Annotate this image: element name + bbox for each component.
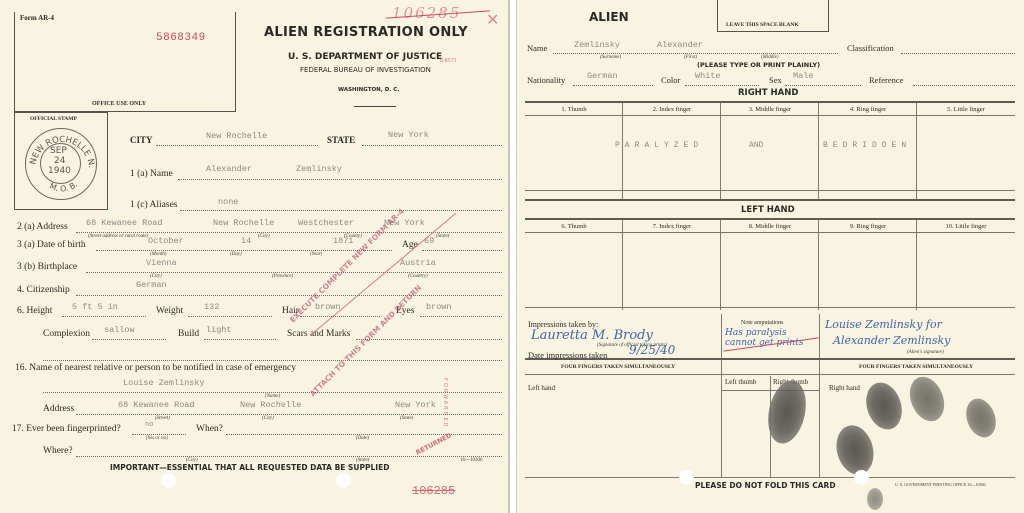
form-id: Form AR-4 bbox=[20, 14, 54, 22]
sex-label: Sex bbox=[769, 75, 782, 85]
citizenship-value: German bbox=[136, 280, 167, 290]
note-bedridden: BEDRIDDEN bbox=[823, 141, 911, 150]
dob-day-value: 14 bbox=[241, 236, 251, 246]
birth-city-hint: (City) bbox=[150, 274, 162, 279]
back-title: ALIEN bbox=[589, 10, 629, 24]
state-value: New York bbox=[388, 130, 429, 140]
sex-line bbox=[785, 85, 861, 86]
address-line bbox=[76, 232, 502, 233]
right-little-cell: 5. Little finger bbox=[917, 103, 1015, 199]
weight-line bbox=[188, 316, 272, 317]
office-use-box bbox=[14, 12, 236, 112]
relative-label: 16. Name of nearest relative or person t… bbox=[15, 363, 296, 373]
binder-hole-right bbox=[336, 473, 351, 488]
relative-address-label: Address bbox=[43, 404, 74, 414]
rel-city-hint: (City) bbox=[262, 416, 274, 421]
birth-country-value: Austria bbox=[400, 258, 436, 268]
relative-address-line bbox=[76, 414, 502, 415]
bureau: FEDERAL BUREAU OF INVESTIGATION bbox=[300, 66, 431, 74]
first-hint: (First) bbox=[684, 55, 697, 60]
month-hint: (Month) bbox=[150, 252, 166, 257]
svg-text:M. O. B.: M. O. B. bbox=[48, 180, 79, 194]
nationality-label: Nationality bbox=[527, 75, 565, 85]
leave-blank-label: LEAVE THIS SPACE BLANK bbox=[726, 22, 799, 28]
left-ring-cell: 9. Ring finger bbox=[819, 220, 917, 310]
printer-imprint: U. S. GOVERNMENT PRINTING OFFICE 16—1030… bbox=[895, 482, 986, 487]
color-label: Color bbox=[661, 75, 680, 85]
street-value: 68 Kewanee Road bbox=[86, 218, 163, 228]
birth-city-value: Vienna bbox=[146, 258, 177, 268]
title-rule bbox=[354, 106, 396, 107]
weight-value: 132 bbox=[204, 302, 219, 312]
street-hint: (Street address or rural route) bbox=[88, 234, 148, 239]
left-hand-grid: 6. Thumb 7. Index finger 8. Middle finge… bbox=[525, 218, 1015, 310]
reference-label: Reference bbox=[869, 75, 903, 85]
fingerprint-card-back: ALIEN LEAVE THIS SPACE BLANK Name Zemlin… bbox=[516, 0, 1024, 513]
dob-line bbox=[96, 250, 392, 251]
when-label: When? bbox=[196, 424, 223, 434]
right-index-label: 2. Index finger bbox=[623, 106, 721, 113]
left-little-cell: 10. Little finger bbox=[917, 220, 1015, 310]
nationality-line bbox=[573, 85, 653, 86]
right-hand-grid: 1. Thumb 2. Index finger 3. Middle finge… bbox=[525, 101, 1015, 201]
build-label: Build bbox=[178, 329, 199, 339]
back-name-label: Name bbox=[527, 43, 547, 53]
where-line bbox=[76, 456, 502, 457]
registration-form-front: Form AR-4 5868349 OFFICE USE ONLY ALIEN … bbox=[0, 0, 510, 513]
right-middle-cell: 3. Middle finger bbox=[721, 103, 819, 199]
left-thumb-label: Left thumb bbox=[725, 378, 756, 386]
city-label: CITY bbox=[130, 135, 153, 145]
height-label: 6. Height bbox=[17, 306, 52, 316]
postmark-stamp: NEW ROCHELLE N.Y. M. O. B. SEP 24 1940 bbox=[25, 128, 97, 200]
binder-hole-left bbox=[161, 473, 176, 488]
county-value: Westchester bbox=[298, 218, 354, 228]
relative-city-value: New Rochelle bbox=[240, 400, 301, 410]
fingerprinted-label: 17. Ever been fingerprinted? bbox=[12, 424, 121, 434]
eyes-line bbox=[420, 316, 502, 317]
scars-line bbox=[356, 339, 502, 340]
left-thumb-label: 6. Thumb bbox=[525, 223, 623, 230]
crossed-bottom-number: 106285 bbox=[412, 484, 455, 498]
name-label: 1 (a) Name bbox=[130, 169, 173, 179]
forwarded-vertical-stamp: FORWARDED bbox=[442, 378, 448, 429]
left-hand-title: LEFT HAND bbox=[741, 205, 795, 215]
scars-line-2 bbox=[43, 360, 502, 361]
date-impressions-label: Date impressions taken bbox=[528, 350, 607, 360]
surname-hint: (Surname) bbox=[600, 55, 621, 60]
back-first-value: Alexander bbox=[657, 40, 703, 50]
eyes-value: brown bbox=[426, 302, 452, 312]
right-bottom-rule bbox=[525, 190, 1015, 191]
right-middle-label: 3. Middle finger bbox=[721, 106, 819, 113]
hair-line bbox=[300, 316, 380, 317]
left-index-cell: 7. Index finger bbox=[623, 220, 721, 310]
fingerprinted-hint: (Yes or no) bbox=[146, 436, 168, 441]
postmark-month: SEP bbox=[50, 146, 67, 156]
date-impressions-value: 9/25/40 bbox=[629, 343, 675, 357]
right-thumb-label: 1. Thumb bbox=[525, 106, 623, 113]
right-header-rule bbox=[525, 115, 1015, 116]
smudge-print bbox=[867, 488, 883, 510]
left-index-label: 7. Index finger bbox=[623, 223, 721, 230]
relative-name-hint: (Name) bbox=[265, 394, 280, 399]
when-line bbox=[226, 434, 502, 435]
color-line bbox=[685, 85, 759, 86]
citizenship-label: 4. Citizenship bbox=[17, 285, 70, 295]
address-city-value: New Rochelle bbox=[213, 218, 274, 228]
official-stamp-label: OFFICIAL STAMP bbox=[30, 116, 77, 122]
build-line bbox=[204, 339, 276, 340]
state-label: STATE bbox=[327, 135, 355, 145]
postmark-year: 1940 bbox=[48, 166, 71, 176]
sim-divider-1 bbox=[721, 360, 722, 477]
right-ring-label: 4. Ring finger bbox=[819, 106, 917, 113]
when-hint: (Date) bbox=[356, 436, 369, 441]
classification-line bbox=[901, 53, 1015, 54]
left-middle-label: 8. Middle finger bbox=[721, 223, 819, 230]
alien-signature-hint: (Alien's signature) bbox=[907, 350, 944, 355]
impressions-divider-1 bbox=[721, 314, 722, 358]
height-value: 5 ft 5 in bbox=[72, 302, 118, 312]
complexion-line bbox=[92, 339, 166, 340]
relative-name-line bbox=[43, 392, 502, 393]
office-use-label: OFFICE USE ONLY bbox=[92, 101, 146, 107]
country-hint: (Country) bbox=[408, 274, 428, 279]
citizenship-line bbox=[76, 295, 502, 296]
color-value: White bbox=[695, 71, 721, 81]
rel-street-hint: (Street) bbox=[155, 416, 170, 421]
amputations-label: Note amputations bbox=[741, 320, 784, 326]
left-little-label: 10. Little finger bbox=[917, 223, 1015, 230]
aliases-value: none bbox=[218, 197, 238, 207]
left-middle-cell: 8. Middle finger bbox=[721, 220, 819, 310]
city-value: New Rochelle bbox=[206, 131, 267, 141]
left-ring-label: 9. Ring finger bbox=[819, 223, 917, 230]
right-index-cell: 2. Index finger bbox=[623, 103, 721, 199]
back-surname-value: Zemlinsky bbox=[574, 40, 620, 50]
classification-label: Classification bbox=[847, 43, 894, 53]
dob-month-value: October bbox=[148, 236, 184, 246]
birthplace-line bbox=[86, 272, 502, 273]
back-footer: PLEASE DO NOT FOLD THIS CARD bbox=[695, 481, 836, 490]
red-note: 8 8573 bbox=[440, 58, 457, 64]
right-ring-cell: 4. Ring finger bbox=[819, 103, 917, 199]
right-hand-title: RIGHT HAND bbox=[738, 88, 798, 98]
city-hint: (City) bbox=[258, 234, 270, 239]
relative-state-value: New York bbox=[395, 400, 436, 410]
province-hint: (Province) bbox=[272, 274, 293, 279]
impressions-divider-2 bbox=[819, 314, 820, 358]
red-x-mark: ✕ bbox=[486, 10, 499, 30]
dob-label: 3 (a) Date of birth bbox=[17, 240, 86, 250]
leave-blank-box: LEAVE THIS SPACE BLANK bbox=[717, 0, 829, 32]
birthplace-label: 3 (b) Birthplace bbox=[17, 262, 77, 272]
height-line bbox=[62, 316, 146, 317]
where-label: Where? bbox=[43, 446, 73, 456]
left-hand-label: Left hand bbox=[528, 384, 555, 392]
relative-street-value: 68 Kewanee Road bbox=[118, 400, 195, 410]
aliases-line bbox=[180, 210, 502, 211]
first-name-value: Alexander bbox=[206, 164, 252, 174]
left-thumb-cell: 6. Thumb bbox=[525, 220, 623, 310]
form-title: ALIEN REGISTRATION ONLY bbox=[264, 25, 468, 40]
rel-state-hint: (State) bbox=[400, 416, 413, 421]
weight-label: Weight bbox=[156, 306, 183, 316]
day-hint: (Day) bbox=[230, 252, 242, 257]
sex-value: Male bbox=[793, 71, 813, 81]
right-thumb-cell: 1. Thumb bbox=[525, 103, 623, 199]
city-line bbox=[156, 145, 318, 146]
alien-signature-2: Alexander Zemlinsky bbox=[833, 334, 950, 347]
front-print-code: 16—10306 bbox=[460, 458, 483, 463]
location: WASHINGTON, D. C. bbox=[338, 87, 399, 93]
address-label: 2 (a) Address bbox=[17, 222, 68, 232]
impressions-signature: Lauretta M. Brody bbox=[531, 328, 653, 343]
complexion-value: sallow bbox=[104, 325, 135, 335]
returned-stamp: RETURNED bbox=[414, 431, 453, 457]
serial-number: 5868349 bbox=[156, 32, 206, 44]
relative-name-value: Louise Zemlinsky bbox=[123, 378, 205, 388]
last-name-value: Zemlinsky bbox=[296, 164, 342, 174]
year-hint: (Year) bbox=[310, 252, 322, 257]
right-little-label: 5. Little finger bbox=[917, 106, 1015, 113]
front-footer: IMPORTANT—ESSENTIAL THAT ALL REQUESTED D… bbox=[110, 463, 389, 472]
complexion-label: Complexion bbox=[43, 329, 90, 339]
age-line bbox=[422, 250, 502, 251]
hair-value: brown bbox=[315, 302, 341, 312]
fingerprinted-value: no bbox=[145, 421, 153, 429]
aliases-label: 1 (c) Aliases bbox=[130, 200, 178, 210]
dob-year-value: 1871 bbox=[333, 236, 353, 246]
back-name-line bbox=[553, 53, 838, 54]
alien-signature-1: Louise Zemlinsky for bbox=[825, 318, 942, 331]
thumb-header-rule bbox=[721, 390, 819, 391]
note-and: AND bbox=[749, 141, 763, 150]
name-line bbox=[178, 179, 502, 180]
back-binder-hole-left bbox=[679, 470, 694, 485]
fingerprinted-line bbox=[132, 434, 186, 435]
back-binder-hole-right bbox=[854, 470, 869, 485]
state-hint: (State) bbox=[436, 234, 449, 239]
state-line bbox=[362, 145, 502, 146]
sim-divider-2 bbox=[819, 360, 820, 477]
attach-return-stamp: ATTACH TO THIS FORM AND RETURN bbox=[308, 283, 423, 398]
department: U. S. DEPARTMENT OF JUSTICE bbox=[288, 52, 442, 62]
left-bottom-rule bbox=[525, 307, 1015, 308]
postmark-day: 24 bbox=[54, 156, 65, 166]
middle-hint: (Middle) bbox=[761, 55, 779, 60]
nationality-value: German bbox=[587, 71, 618, 81]
build-value: light bbox=[206, 325, 232, 335]
left-header-rule bbox=[525, 232, 1015, 233]
scars-label: Scars and Marks bbox=[287, 329, 350, 339]
right-hand-label: Right hand bbox=[829, 384, 860, 392]
reference-line bbox=[913, 85, 1015, 86]
print-plainly-instruction: (PLEASE TYPE OR PRINT PLAINLY) bbox=[697, 61, 820, 69]
note-paralyzed: PARALYZED bbox=[615, 141, 703, 150]
